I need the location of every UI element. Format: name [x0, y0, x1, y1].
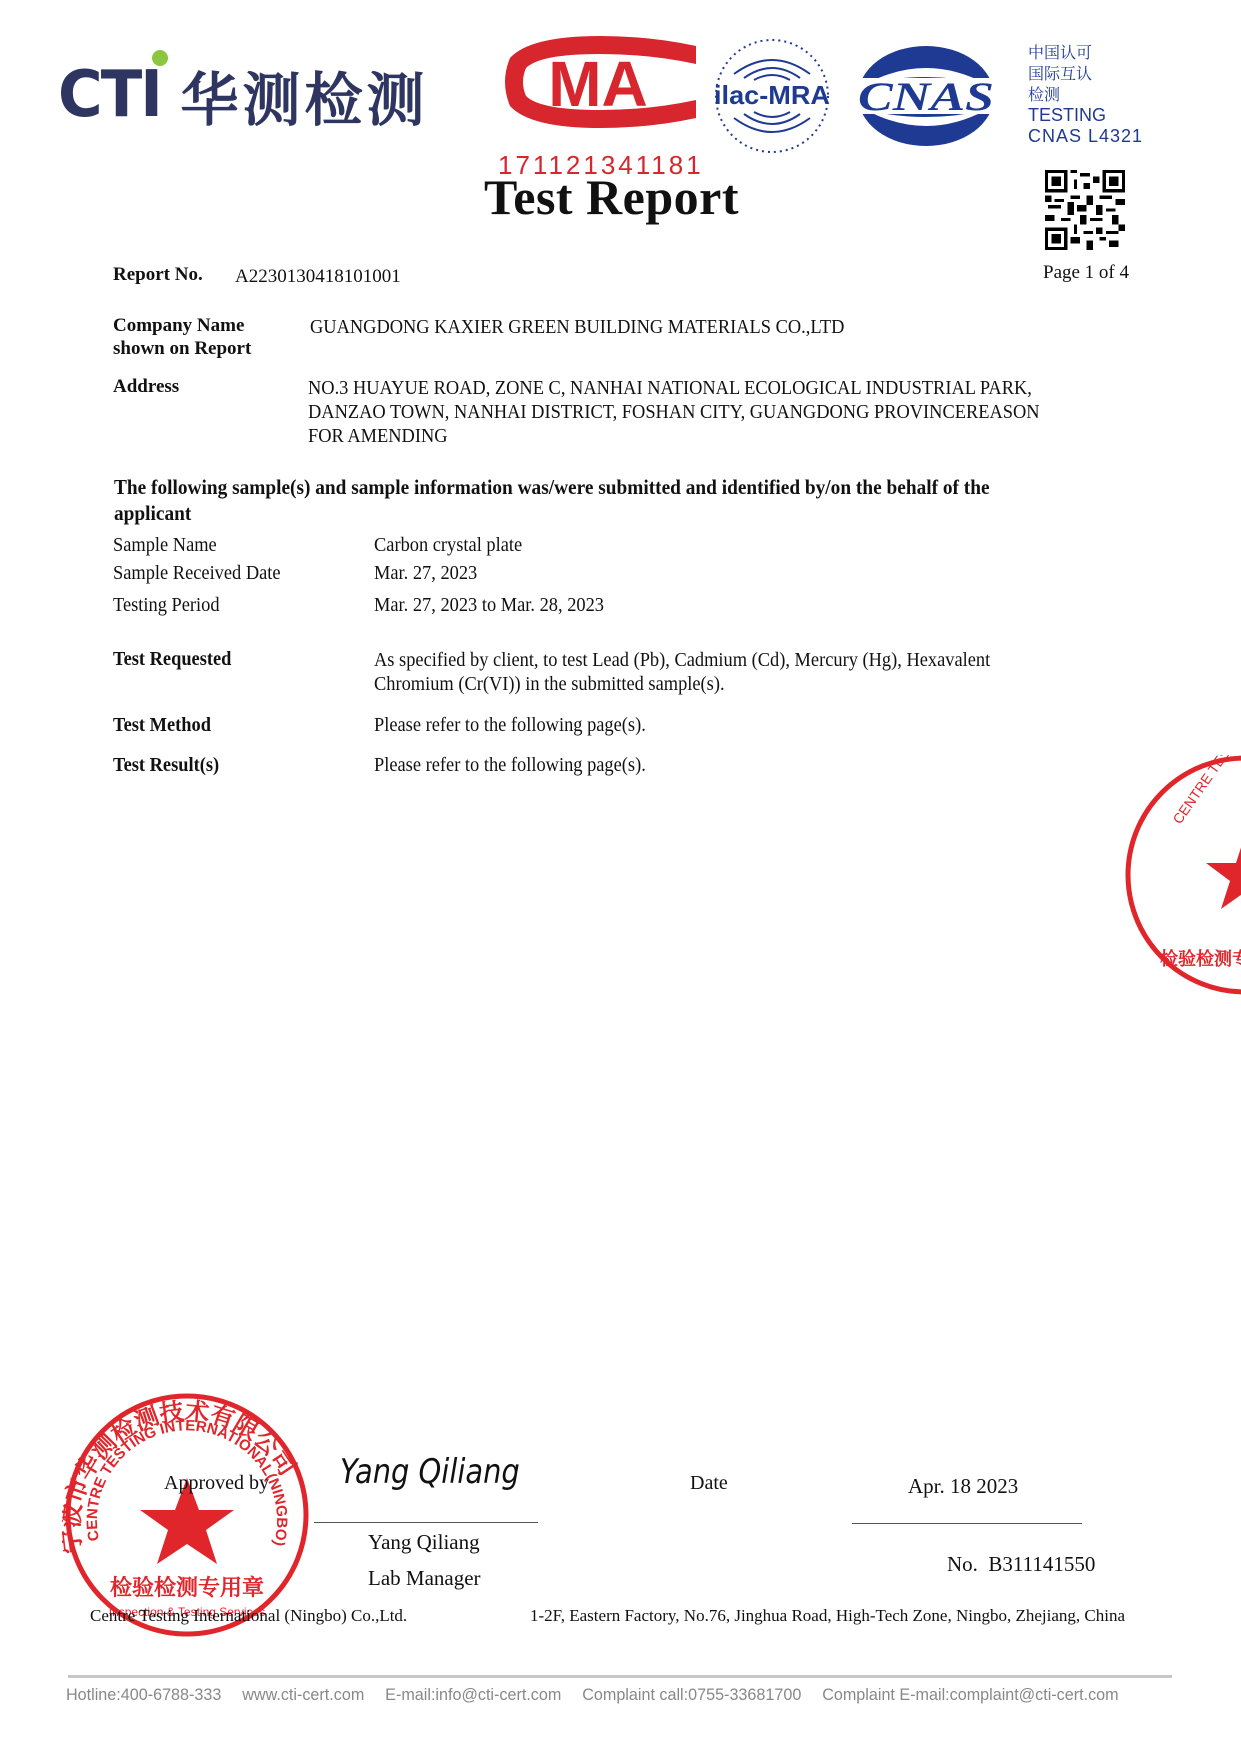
approver-name: Yang Qiliang: [368, 1530, 480, 1555]
cnas-caption-line: 检测: [1028, 84, 1143, 105]
company-seal-icon: 宁波市华测检测技术有限公司 CENTRE TESTING INTERNATION…: [62, 1390, 312, 1640]
testing-period-value: Mar. 27, 2023 to Mar. 28, 2023: [374, 594, 604, 617]
svg-text:MA: MA: [548, 48, 648, 120]
address-label: Address: [113, 376, 179, 398]
sample-section-heading: The following sample(s) and sample infor…: [114, 474, 1052, 526]
svg-text:检验检测专用章: 检验检测专用章: [1160, 948, 1241, 970]
test-method-value: Please refer to the following page(s).: [374, 714, 646, 737]
cnas-caption-line: 中国认可: [1028, 42, 1143, 63]
report-no-label: Report No.: [113, 264, 203, 286]
cnas-caption-line: TESTING: [1028, 105, 1143, 126]
date-line: [852, 1523, 1082, 1524]
approved-by-label: Approved by: [164, 1472, 269, 1495]
svg-text:CNAS: CNAS: [858, 74, 994, 119]
sample-name-label: Sample Name: [113, 534, 217, 557]
company-name: GUANGDONG KAXIER GREEN BUILDING MATERIAL…: [310, 316, 844, 339]
footer-email-link[interactable]: E-mail:info@cti-cert.com: [385, 1685, 561, 1705]
address-line: FOR AMENDING: [308, 424, 1040, 448]
cti-logo: CTI 华测检测: [58, 60, 428, 130]
approver-role: Lab Manager: [368, 1566, 481, 1591]
test-requested-line: As specified by client, to test Lead (Pb…: [374, 648, 990, 672]
svg-text:ilac-MRA: ilac-MRA: [714, 80, 830, 110]
test-requested-value: As specified by client, to test Lead (Pb…: [374, 648, 990, 696]
footer-complaint-call: Complaint call:0755-33681700: [582, 1685, 801, 1705]
serial-number: No. B311141550: [947, 1552, 1095, 1577]
issuer-company: Centre Testing International (Ningbo) Co…: [90, 1606, 407, 1626]
approval-date: Apr. 18 2023: [908, 1474, 1018, 1499]
sample-name-value: Carbon crystal plate: [374, 534, 522, 557]
company-label-line: Company Name: [113, 314, 251, 337]
address: NO.3 HUAYUE ROAD, ZONE C, NANHAI NATIONA…: [308, 376, 1040, 448]
cnas-caption-line: CNAS L4321: [1028, 126, 1143, 147]
cma-logo-icon: MA: [500, 36, 700, 128]
address-line: DANZAO TOWN, NANHAI DISTRICT, FOSHAN CIT…: [308, 400, 1040, 424]
test-method-label: Test Method: [113, 714, 211, 737]
cti-logo-chinese: 华测检测: [180, 53, 428, 137]
footer-website-link[interactable]: www.cti-cert.com: [242, 1685, 364, 1705]
sample-received-date-label: Sample Received Date: [113, 562, 281, 585]
issuer-address: 1-2F, Eastern Factory, No.76, Jinghua Ro…: [530, 1606, 1125, 1626]
company-label: Company Name shown on Report: [113, 314, 251, 360]
svg-text:检验检测专用章: 检验检测专用章: [110, 1575, 264, 1601]
cnas-caption: 中国认可 国际互认 检测 TESTING CNAS L4321: [1028, 42, 1143, 147]
report-no: A2230130418101001: [235, 266, 401, 288]
test-requested-label: Test Requested: [113, 648, 231, 671]
date-label: Date: [690, 1472, 728, 1495]
company-label-line: shown on Report: [113, 337, 251, 360]
page-indicator: Page 1 of 4: [1043, 262, 1129, 284]
cti-logo-latin: CTI: [58, 58, 161, 132]
signature: Yang Qiliang: [340, 1452, 520, 1492]
footer: Hotline:400-6788-333 www.cti-cert.com E-…: [66, 1685, 1121, 1705]
cnas-logo-icon: CNAS: [856, 44, 996, 148]
company-seal-partial-icon: 检验检测专用章 CENTRE TESTING INTERNATIONAL(NIN…: [1120, 755, 1241, 995]
footer-hotline: Hotline:400-6788-333: [66, 1685, 221, 1705]
ilac-mra-logo-icon: ilac-MRA: [712, 36, 832, 156]
sample-received-date-value: Mar. 27, 2023: [374, 562, 477, 585]
footer-divider: [68, 1675, 1172, 1678]
page-title: Test Report: [484, 168, 739, 226]
svg-text:CENTRE TESTING INTERNATIONAL(N: CENTRE TESTING INTERNATIONAL(NINGBO) CO.…: [1169, 755, 1241, 827]
cti-logo-dot-icon: [152, 50, 168, 66]
address-line: NO.3 HUAYUE ROAD, ZONE C, NANHAI NATIONA…: [308, 376, 1040, 400]
signature-line: [314, 1522, 538, 1523]
qr-code-icon[interactable]: [1045, 170, 1125, 250]
test-requested-line: Chromium (Cr(VI)) in the submitted sampl…: [374, 672, 990, 696]
test-results-value: Please refer to the following page(s).: [374, 754, 646, 777]
cnas-caption-line: 国际互认: [1028, 63, 1143, 84]
test-results-label: Test Result(s): [113, 754, 219, 777]
testing-period-label: Testing Period: [113, 594, 220, 617]
footer-complaint-email-link[interactable]: Complaint E-mail:complaint@cti-cert.com: [822, 1685, 1118, 1705]
